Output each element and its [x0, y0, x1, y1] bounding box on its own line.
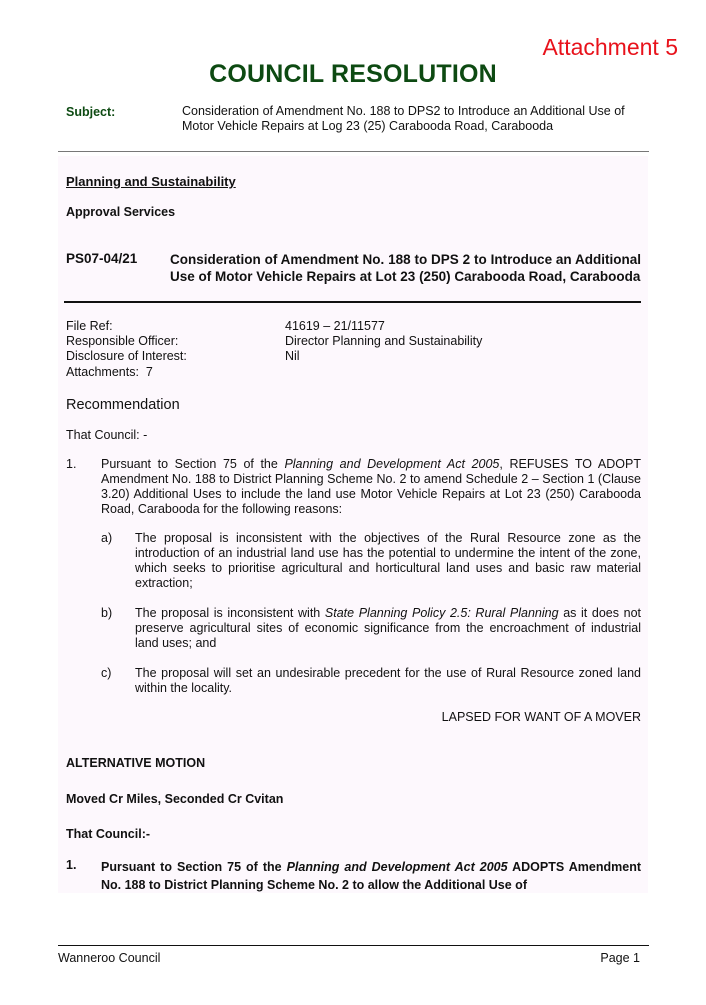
meta-value-file-ref: 41619 – 21/11577 [285, 319, 385, 333]
meta-value-officer: Director Planning and Sustainability [285, 334, 482, 348]
recommendation-item-text: Pursuant to Section 75 of the Planning a… [101, 457, 641, 517]
item-title: Consideration of Amendment No. 188 to DP… [170, 251, 641, 285]
footer-divider [58, 945, 649, 946]
reason-letter-b: b) [101, 606, 112, 620]
alternative-motion-heading: ALTERNATIVE MOTION [66, 756, 205, 770]
reason-text-a: The proposal is inconsistent with the ob… [135, 531, 641, 591]
meta-label-file-ref: File Ref: [66, 319, 113, 333]
reason-text-c: The proposal will set an undesirable pre… [135, 666, 641, 696]
department-heading: Planning and Sustainability [66, 174, 236, 189]
alternative-item-number: 1. [66, 858, 76, 872]
meta-label-disclosure: Disclosure of Interest: [66, 349, 187, 363]
recommendation-intro: That Council: - [66, 428, 147, 442]
footer-page-number: Page 1 [600, 951, 640, 965]
meta-label-officer: Responsible Officer: [66, 334, 178, 348]
subject-label: Subject: [66, 105, 115, 119]
motion-outcome: LAPSED FOR WANT OF A MOVER [300, 710, 641, 724]
subject-text: Consideration of Amendment No. 188 to DP… [182, 104, 652, 134]
alternative-intro: That Council:- [66, 827, 150, 841]
item-divider [64, 301, 641, 303]
footer-organisation: Wanneroo Council [58, 951, 160, 965]
meta-value-disclosure: Nil [285, 349, 300, 363]
attachment-label: Attachment 5 [542, 36, 678, 59]
meta-label-attachments: Attachments: 7 [66, 365, 153, 379]
recommendation-item-number: 1. [66, 457, 76, 471]
moved-seconded: Moved Cr Miles, Seconded Cr Cvitan [66, 792, 283, 806]
recommendation-heading: Recommendation [66, 397, 180, 413]
reason-text-b: The proposal is inconsistent with State … [135, 606, 641, 651]
reason-letter-c: c) [101, 666, 111, 680]
reason-letter-a: a) [101, 531, 112, 545]
alternative-item-text: Pursuant to Section 75 of the Planning a… [101, 858, 641, 894]
document-title: COUNCIL RESOLUTION [0, 60, 706, 89]
item-code: PS07-04/21 [66, 251, 137, 266]
header-divider [58, 151, 649, 152]
service-heading: Approval Services [66, 205, 175, 219]
